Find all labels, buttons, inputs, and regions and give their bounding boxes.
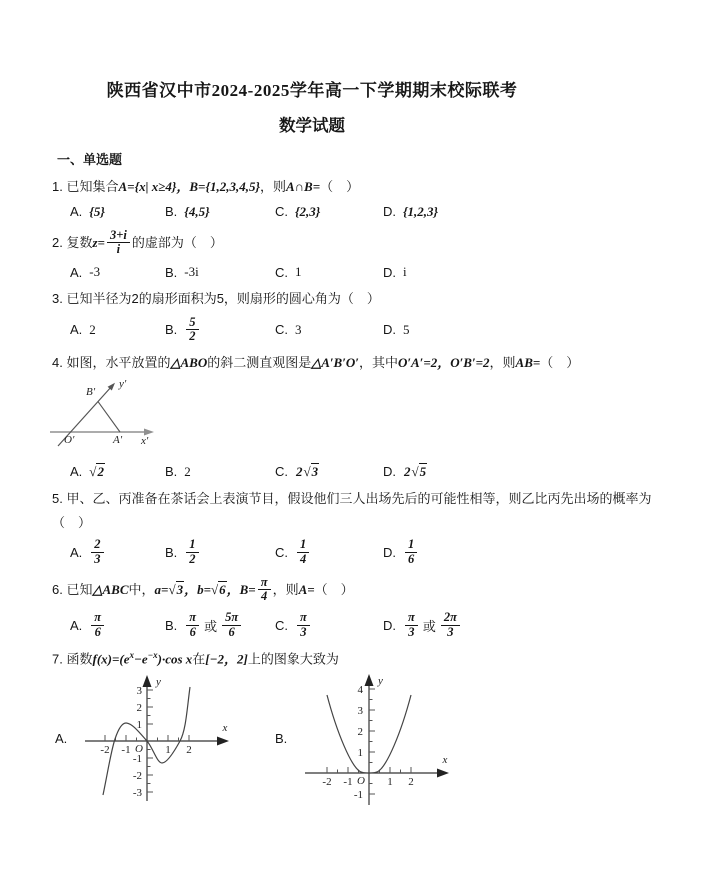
x-tick-label: -1 bbox=[343, 776, 352, 788]
option-d: D.5 bbox=[383, 322, 410, 338]
radical: 2√5 bbox=[403, 464, 427, 480]
option-a: A.π6 bbox=[70, 611, 165, 640]
fraction: 5π6 bbox=[222, 611, 241, 640]
y-tick-label: 1 bbox=[137, 719, 143, 731]
option-a: A.2 bbox=[70, 322, 165, 338]
graph-a-label: A. bbox=[55, 731, 79, 746]
option-a: A.23 bbox=[70, 538, 165, 567]
y-tick-label: -1 bbox=[354, 789, 363, 801]
x-tick-label: -2 bbox=[322, 776, 331, 788]
x-tick-label: -1 bbox=[121, 744, 130, 756]
y-tick-label: 2 bbox=[137, 702, 143, 714]
fraction: 52 bbox=[186, 316, 198, 345]
q4-figure-wrap: B′ y′ O′ A′ x′ bbox=[48, 376, 701, 457]
y-arrow-icon bbox=[365, 674, 374, 686]
page-subtitle: 数学试题 bbox=[52, 112, 572, 136]
label-o-prime: O′ bbox=[64, 434, 75, 446]
y-axis-label: y bbox=[377, 675, 383, 687]
fraction: 12 bbox=[186, 538, 198, 567]
question-4-options: A.√2 B.2 C.2√3 D.2√5 bbox=[70, 464, 701, 480]
question-number: 7. bbox=[52, 651, 63, 666]
page-title: 陕西省汉中市2024-2025学年高一下学期期末校际联考 bbox=[52, 76, 572, 101]
fraction: 23 bbox=[91, 538, 103, 567]
option-c: C.{2,3} bbox=[275, 204, 383, 220]
x-tick-label: 1 bbox=[165, 744, 171, 756]
label-b-prime: B′ bbox=[86, 386, 96, 398]
fraction: π6 bbox=[186, 611, 199, 640]
question-number: 5. bbox=[52, 491, 63, 506]
question-number: 1. bbox=[52, 179, 63, 194]
y-tick-label: 2 bbox=[358, 726, 364, 738]
y-tick-label: -3 bbox=[133, 787, 143, 799]
x-tick-label: 2 bbox=[186, 744, 192, 756]
option-b: B.52 bbox=[165, 316, 275, 345]
question-6-options: A.π6 B.π6或5π6 C.π3 D.π3或2π3 bbox=[70, 611, 701, 640]
option-d: D.i bbox=[383, 264, 407, 280]
option-b: B.2 bbox=[165, 464, 275, 480]
label-a-prime: A′ bbox=[112, 434, 123, 446]
option-d: D.π3或2π3 bbox=[383, 611, 462, 640]
radical: √6 bbox=[211, 580, 227, 600]
question-5-options: A.23 B.12 C.14 D.16 bbox=[70, 538, 701, 567]
graph-b-label: B. bbox=[275, 731, 299, 746]
question-number: 3. bbox=[52, 291, 63, 306]
question-7-graphs: A. 3 2 1 -1 -2 -3 -2 -1 bbox=[55, 673, 701, 821]
question-1: 1. 已知集合A={x| x≥4}，B={1,2,3,4,5}，则A∩B=（ ） bbox=[52, 177, 693, 197]
x-axis-label: x bbox=[442, 754, 448, 766]
question-5-paren: （ ） bbox=[52, 512, 693, 531]
question-number: 2. bbox=[52, 233, 63, 253]
y-tick-label: -2 bbox=[133, 770, 142, 782]
question-number: 6. bbox=[52, 580, 63, 600]
y-ticks bbox=[369, 689, 375, 794]
option-a: A.√2 bbox=[70, 464, 165, 480]
question-6: 6. 已知△ABC中，a=√3，b=√6，B=π4，则A=（ ） bbox=[52, 576, 693, 605]
origin-label: O bbox=[357, 775, 365, 787]
option-b: B.12 bbox=[165, 538, 275, 567]
question-2: 2. 复数z=3+ii的虚部为（ ） bbox=[52, 229, 693, 258]
question-7: 7. 函数f(x)=(ex−e−x)·cos x在[−2，2]上的图象大致为 bbox=[52, 649, 693, 669]
option-c: C.2√3 bbox=[275, 464, 383, 480]
label-y-prime: y′ bbox=[118, 378, 127, 390]
fraction: 3+ii bbox=[107, 229, 130, 258]
option-b: B.π6或5π6 bbox=[165, 611, 275, 640]
option-d: D.16 bbox=[383, 538, 419, 567]
question-5: 5. 甲、乙、丙准备在茶话会上表演节目，假设他们三人出场先后的可能性相等，则乙比… bbox=[52, 489, 693, 509]
y-tick-label: 1 bbox=[358, 747, 364, 759]
fraction: 2π3 bbox=[441, 611, 460, 640]
question-3: 3. 已知半径为2的扇形面积为5，则扇形的圆心角为（ ） bbox=[52, 289, 693, 309]
label-x-prime: x′ bbox=[140, 435, 149, 447]
option-d: D.{1,2,3} bbox=[383, 204, 438, 220]
question-2-options: A.-3 B.-3i C.1 D.i bbox=[70, 264, 701, 280]
question-1-options: A.{5} B.{4,5} C.{2,3} D.{1,2,3} bbox=[70, 204, 701, 220]
radical: √3 bbox=[168, 580, 184, 600]
option-d: D.2√5 bbox=[383, 464, 427, 480]
fraction: 16 bbox=[405, 538, 417, 567]
option-a: A.{5} bbox=[70, 204, 165, 220]
option-b: B.{4,5} bbox=[165, 204, 275, 220]
question-4: 4. 如图，水平放置的△ABO的斜二测直观图是△A′B′O′，其中O′A′=2，… bbox=[52, 353, 693, 373]
origin-label: O bbox=[135, 743, 143, 755]
section-heading: 一、单选题 bbox=[57, 149, 701, 168]
segment-b-a bbox=[98, 401, 120, 431]
x-tick-label: -2 bbox=[100, 744, 109, 756]
y-tick-label: 4 bbox=[358, 684, 364, 696]
option-c: C.3 bbox=[275, 322, 383, 338]
question-3-options: A.2 B.52 C.3 D.5 bbox=[70, 316, 701, 345]
fraction: 14 bbox=[297, 538, 309, 567]
superscript: −x bbox=[148, 650, 158, 660]
y-arrow-icon bbox=[143, 675, 152, 687]
graph-a: 3 2 1 -1 -2 -3 -2 -1 1 2 O x y bbox=[79, 673, 239, 808]
option-c: C.π3 bbox=[275, 611, 383, 640]
radical: 2√3 bbox=[295, 464, 319, 480]
x-tick-label: 2 bbox=[408, 776, 414, 788]
x-arrow-icon bbox=[437, 769, 449, 778]
option-c: C.1 bbox=[275, 264, 383, 280]
fraction: π3 bbox=[297, 611, 310, 640]
radical: √2 bbox=[89, 464, 105, 480]
graph-b: 4 3 2 1 -1 -2 -1 1 2 O x y bbox=[299, 673, 464, 821]
y-tick-label: 3 bbox=[358, 705, 364, 717]
option-a: A.-3 bbox=[70, 264, 165, 280]
question-number: 4. bbox=[52, 355, 63, 370]
x-axis-label: x bbox=[222, 722, 228, 734]
option-b: B.-3i bbox=[165, 264, 275, 280]
fraction: π4 bbox=[258, 576, 271, 605]
document-header: 陕西省汉中市2024-2025学年高一下学期期末校际联考 数学试题 bbox=[52, 76, 572, 136]
fraction: π3 bbox=[405, 611, 418, 640]
q4-oblique-axonometric-figure: B′ y′ O′ A′ x′ bbox=[48, 376, 183, 454]
y-axis-label: y bbox=[155, 676, 161, 688]
y-tick-label: 3 bbox=[137, 685, 143, 697]
x-tick-label: 1 bbox=[387, 776, 393, 788]
fraction: π6 bbox=[91, 611, 104, 640]
x-arrow-icon bbox=[217, 737, 229, 746]
option-c: C.14 bbox=[275, 538, 383, 567]
